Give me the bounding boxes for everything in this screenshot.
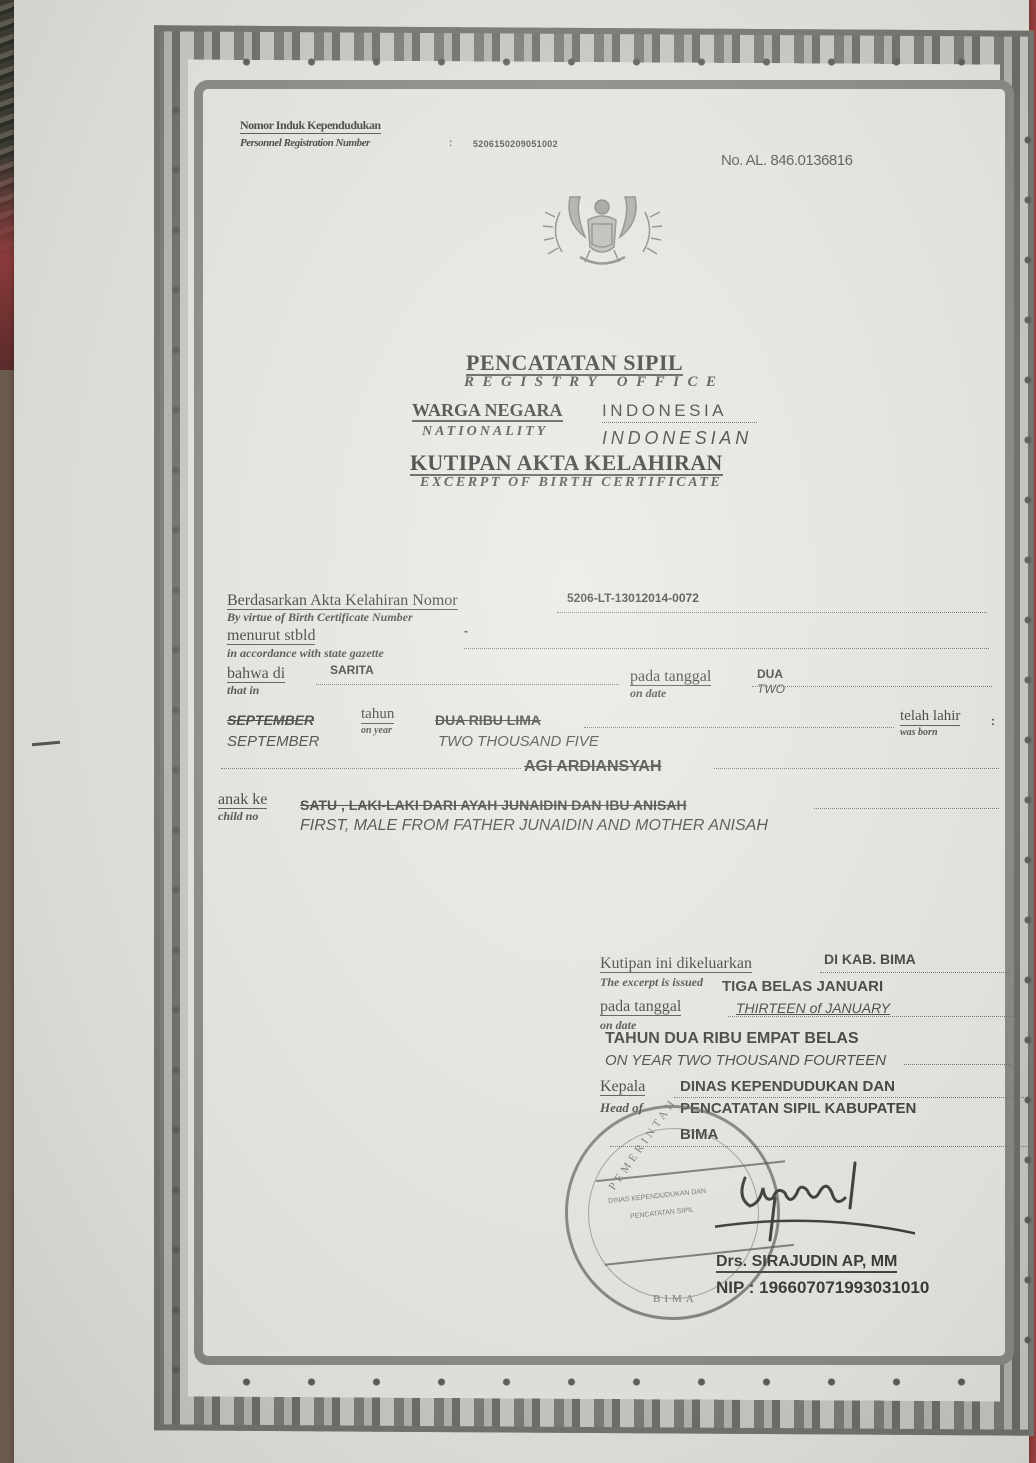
dotted-line <box>820 972 1010 973</box>
child-no-value: SATU , LAKI-LAKI DARI AYAH JUNAIDIN DAN … <box>300 797 687 813</box>
place-label-en: that in <box>227 684 259 697</box>
issued-year: TAHUN DUA RIBU EMPAT BELAS <box>605 1030 859 1048</box>
dotted-line <box>728 1016 1013 1017</box>
dotted-line <box>752 686 992 687</box>
signature <box>715 1148 915 1248</box>
issued-date-label: pada tanggal <box>600 998 681 1016</box>
birth-cert-label: Berdasarkan Akta Kelahiran Nomor <box>227 592 458 610</box>
issued-label-en: The excerpt is issued <box>600 976 703 989</box>
signatory-name: Drs. SIRAJUDIN AP, MM <box>716 1253 897 1273</box>
issued-date-en: THIRTEEN of JANUARY <box>736 1000 890 1016</box>
date-value: DUA <box>757 667 783 681</box>
nationality-value: INDONESIA <box>602 400 757 423</box>
stbld-value: - <box>464 624 468 638</box>
stbld-label: menurut stbld <box>227 627 315 645</box>
colon: : <box>449 135 452 150</box>
dotted-line <box>584 727 894 728</box>
office-title-en: REGISTRY OFFICE <box>464 374 724 391</box>
stamp-ring-text: BIMA <box>653 1293 698 1305</box>
garuda-emblem-icon <box>540 182 665 282</box>
dotted-line <box>814 808 999 809</box>
date-value-en: TWO <box>757 682 785 696</box>
year-label: tahun <box>361 706 394 724</box>
personnel-reg-value: 5206150209051002 <box>473 139 558 149</box>
personnel-reg-label-en: Personnel Registration Number <box>240 137 370 149</box>
birth-cert-value: 5206-LT-13012014-0072 <box>567 591 699 605</box>
year-value: DUA RIBU LIMA <box>435 712 541 728</box>
issued-label: Kutipan ini dikeluarkan <box>600 955 752 973</box>
dotted-line <box>557 612 987 613</box>
nationality-label-en: NATIONALITY <box>422 424 548 440</box>
personnel-reg-label: Nomor Induk Kependudukan <box>240 118 381 134</box>
document-title-en: EXCERPT OF BIRTH CERTIFICATE <box>420 475 722 491</box>
child-no-label-en: child no <box>218 810 258 823</box>
dotted-line <box>674 1097 1024 1098</box>
issued-year-en: ON YEAR TWO THOUSAND FOURTEEN <box>605 1052 886 1069</box>
month-value-en: SEPTEMBER <box>227 733 320 750</box>
date-label: pada tanggal <box>630 668 711 686</box>
office-line1: DINAS KEPENDUDUKAN DAN <box>680 1078 895 1095</box>
year-value-en: TWO THOUSAND FIVE <box>438 733 599 750</box>
head-label: Kepala <box>600 1078 645 1096</box>
child-no-value-en: FIRST, MALE FROM FATHER JUNAIDIN AND MOT… <box>300 817 768 835</box>
born-label-en: was born <box>900 726 938 739</box>
place-value: SARITA <box>330 663 374 677</box>
certificate-paper: Nomor Induk Kependudukan Personnel Regis… <box>14 0 1029 1463</box>
stbld-label-en: in accordance with state gazette <box>227 647 384 660</box>
place-label: bahwa di <box>227 665 285 683</box>
year-label-en: on year <box>361 724 392 737</box>
office-title: PENCATATAN SIPIL <box>466 352 683 376</box>
dotted-line <box>221 768 521 769</box>
month-value: SEPTEMBER <box>227 712 314 728</box>
nationality-value-en: INDONESIAN <box>602 428 752 449</box>
certificate-content: Nomor Induk Kependudukan Personnel Regis… <box>14 0 1029 1463</box>
certificate-number: No. AL. 846.0136816 <box>721 152 852 169</box>
child-name: AGI ARDIANSYAH <box>524 758 662 776</box>
dotted-line <box>714 768 999 769</box>
colon: : <box>991 714 995 728</box>
child-no-label: anak ke <box>218 791 267 809</box>
issued-date: TIGA BELAS JANUARI <box>722 978 883 995</box>
date-label-en: on date <box>630 687 666 700</box>
dotted-line <box>464 648 989 649</box>
nationality-label: WARGA NEGARA <box>412 400 563 422</box>
dotted-line <box>904 1064 1019 1065</box>
issued-place: DI KAB. BIMA <box>824 951 916 967</box>
document-title: KUTIPAN AKTA KELAHIRAN <box>410 452 723 476</box>
birth-cert-label-en: By virtue of Birth Certificate Number <box>227 611 413 624</box>
born-label: telah lahir <box>900 708 960 726</box>
signatory-nip: NIP : 196607071993031010 <box>716 1278 929 1298</box>
dotted-line <box>316 684 619 685</box>
